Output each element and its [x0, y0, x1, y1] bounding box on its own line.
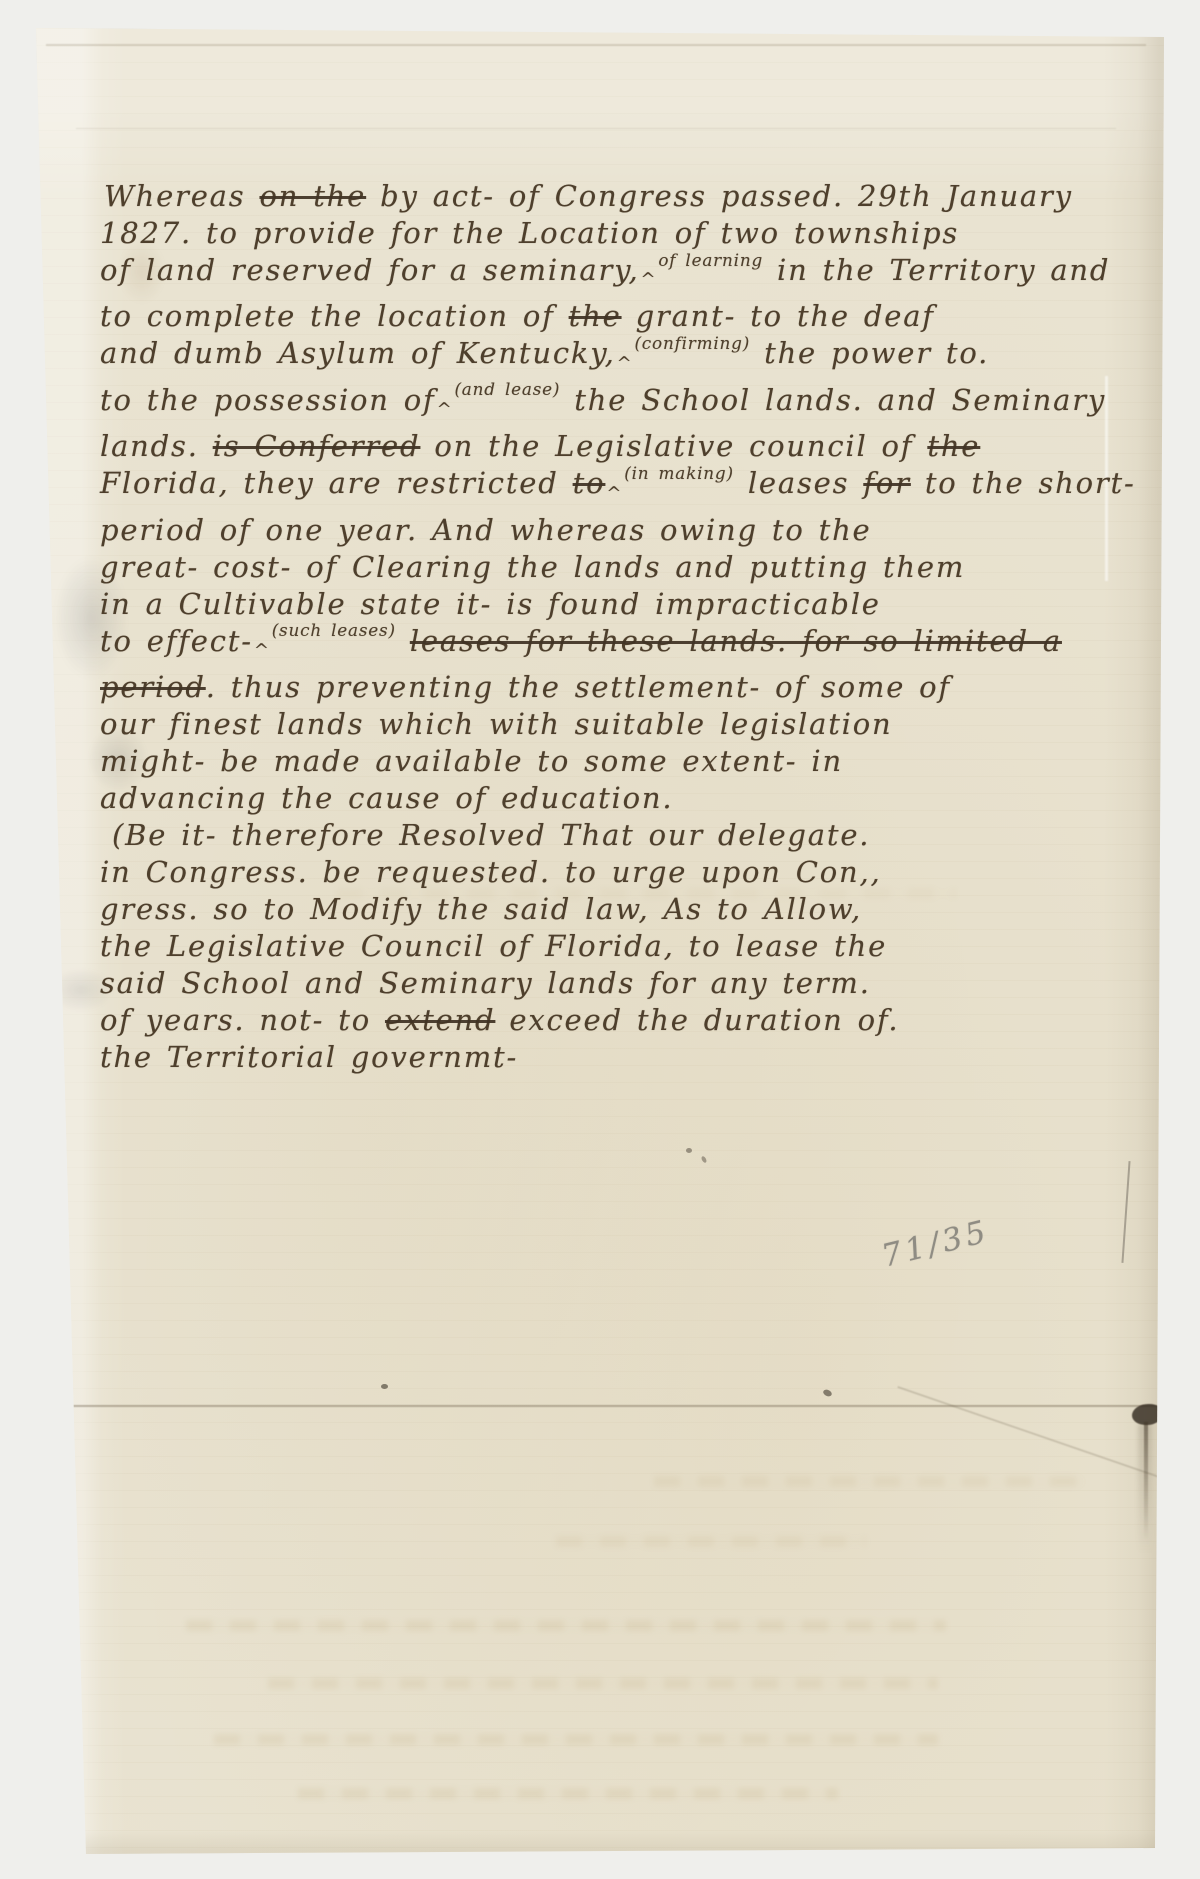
text-segment: gress. so to Modify the said law, As to …	[100, 892, 862, 926]
insertion-segment: (in making)	[624, 463, 734, 483]
ink-showthrough	[214, 1734, 938, 1745]
manuscript-line: 1827. to provide for the Location of two…	[100, 215, 1110, 252]
text-segment: might- be made available to some extent-…	[100, 744, 843, 778]
ink-speck	[822, 1388, 833, 1397]
text-segment: by act- of Congress passed. 29th January	[366, 179, 1073, 213]
caret-mark: ^	[606, 483, 623, 504]
text-segment	[396, 624, 410, 658]
strikethrough-segment: the	[927, 429, 980, 463]
strikethrough-segment: on the	[259, 179, 366, 213]
manuscript-line: gress. so to Modify the said law, As to …	[100, 891, 1110, 928]
insertion-segment: of learning	[658, 250, 763, 270]
paper-scratch	[897, 1386, 1168, 1481]
manuscript-page: Whereas on the by act- of Congress passe…	[36, 28, 1164, 1854]
manuscript-line: in a Cultivable state it- is found impra…	[100, 586, 1110, 623]
text-segment: Florida, they are restricted	[100, 466, 573, 500]
manuscript-line: Florida, they are restricted to^(in maki…	[100, 465, 1110, 511]
manuscript-line: to complete the location of the grant- t…	[100, 298, 1110, 335]
ink-showthrough	[186, 1620, 946, 1631]
text-segment: great- cost- of Clearing the lands and p…	[100, 550, 965, 584]
text-segment: exceed the duration of.	[495, 1003, 899, 1037]
text-segment: said School and Seminary lands for any t…	[100, 966, 871, 1000]
strikethrough-segment: is Conferred	[213, 429, 421, 463]
text-segment: our finest lands which with suitable leg…	[100, 707, 892, 741]
insertion-segment: (and lease)	[454, 379, 560, 399]
insertion-segment: (confirming)	[634, 333, 750, 353]
manuscript-line: period. thus preventing the settlement- …	[100, 669, 1110, 706]
manuscript-line: the Legislative Council of Florida, to l…	[100, 928, 1110, 965]
ink-speck	[381, 1384, 388, 1389]
ink-showthrough	[298, 1788, 838, 1799]
insertion-segment: (such leases)	[272, 620, 396, 640]
strikethrough-segment: the	[569, 299, 622, 333]
ink-showthrough	[268, 1678, 938, 1689]
strikethrough-segment: leases for these lands. for so limited a	[410, 624, 1062, 658]
manuscript-line: of land reserved for a seminary,^of lear…	[100, 252, 1110, 298]
ink-speck	[701, 1155, 708, 1163]
text-segment: period of one year. And whereas owing to…	[100, 513, 872, 547]
caret-mark: ^	[254, 640, 271, 661]
text-segment: the School lands. and Seminary	[560, 383, 1106, 417]
manuscript-line: advancing the cause of education.	[100, 780, 1110, 817]
manuscript-line: the Territorial governmt-	[100, 1039, 1110, 1076]
pencil-page-number: 71/35	[878, 1213, 993, 1274]
text-segment: and dumb Asylum of Kentucky,	[100, 336, 616, 370]
text-segment: . thus preventing the settlement- of som…	[206, 670, 951, 704]
text-segment: grant- to the deaf	[622, 299, 935, 333]
text-segment: in a Cultivable state it- is found impra…	[100, 587, 881, 621]
manuscript-text: Whereas on the by act- of Congress passe…	[100, 178, 1110, 1076]
manuscript-line: to effect-^(such leases) leases for thes…	[100, 623, 1110, 669]
manuscript-line: in Congress. be requested. to urge upon …	[100, 854, 1110, 891]
manuscript-line: Whereas on the by act- of Congress passe…	[104, 178, 1110, 215]
ink-showthrough	[654, 1476, 1084, 1487]
scan-background: { "scan": { "background_color": "#efefec…	[0, 0, 1200, 1879]
manuscript-line: great- cost- of Clearing the lands and p…	[100, 549, 1110, 586]
ink-drip	[1144, 1422, 1148, 1540]
manuscript-line: (Be it- therefore Resolved That our dele…	[112, 817, 1110, 854]
strikethrough-segment: period	[100, 670, 206, 704]
text-segment: on the Legislative council of	[420, 429, 927, 463]
text-segment: to complete the location of	[100, 299, 569, 333]
text-segment: to effect-	[100, 624, 253, 658]
text-segment: leases	[734, 466, 864, 500]
manuscript-line: might- be made available to some extent-…	[100, 743, 1110, 780]
text-segment: Whereas	[104, 179, 259, 213]
caret-mark: ^	[437, 399, 454, 420]
text-segment: in the Territory and	[763, 253, 1110, 287]
text-segment: advancing the cause of education.	[100, 781, 673, 815]
manuscript-line: and dumb Asylum of Kentucky,^(confirming…	[100, 335, 1110, 381]
text-segment: to the short-	[911, 466, 1136, 500]
text-segment: in Congress. be requested. to urge upon …	[100, 855, 882, 889]
text-segment: to the possession of	[100, 383, 436, 417]
paper-crease-top	[46, 44, 1146, 46]
manuscript-line: said School and Seminary lands for any t…	[100, 965, 1110, 1002]
paper-fold-line	[36, 1405, 1164, 1407]
manuscript-line: period of one year. And whereas owing to…	[100, 512, 1110, 549]
manuscript-line: lands. is Conferred on the Legislative c…	[100, 428, 1110, 465]
manuscript-line: our finest lands which with suitable leg…	[100, 706, 1110, 743]
stray-pencil-stroke	[1121, 1161, 1130, 1263]
text-segment: the Legislative Council of Florida, to l…	[100, 929, 887, 963]
ink-showthrough	[556, 1536, 866, 1547]
manuscript-line: to the possession of^(and lease) the Sch…	[100, 382, 1110, 428]
ink-speck	[686, 1148, 692, 1153]
strikethrough-segment: extend	[385, 1003, 495, 1037]
text-segment: the Territorial governmt-	[100, 1040, 518, 1074]
paper-crease-faint	[76, 128, 1116, 129]
text-segment: lands.	[100, 429, 213, 463]
strikethrough-segment: to	[573, 466, 606, 500]
text-segment: of land reserved for a seminary,	[100, 253, 639, 287]
manuscript-line: of years. not- to extend exceed the dura…	[100, 1002, 1110, 1039]
text-segment: (Be it- therefore Resolved That our dele…	[112, 818, 870, 852]
text-segment: 1827. to provide for the Location of two…	[100, 216, 959, 250]
caret-mark: ^	[617, 353, 634, 374]
caret-mark: ^	[640, 269, 657, 290]
text-segment: of years. not- to	[100, 1003, 385, 1037]
text-segment: the power to.	[750, 336, 989, 370]
strikethrough-segment: for	[863, 466, 910, 500]
